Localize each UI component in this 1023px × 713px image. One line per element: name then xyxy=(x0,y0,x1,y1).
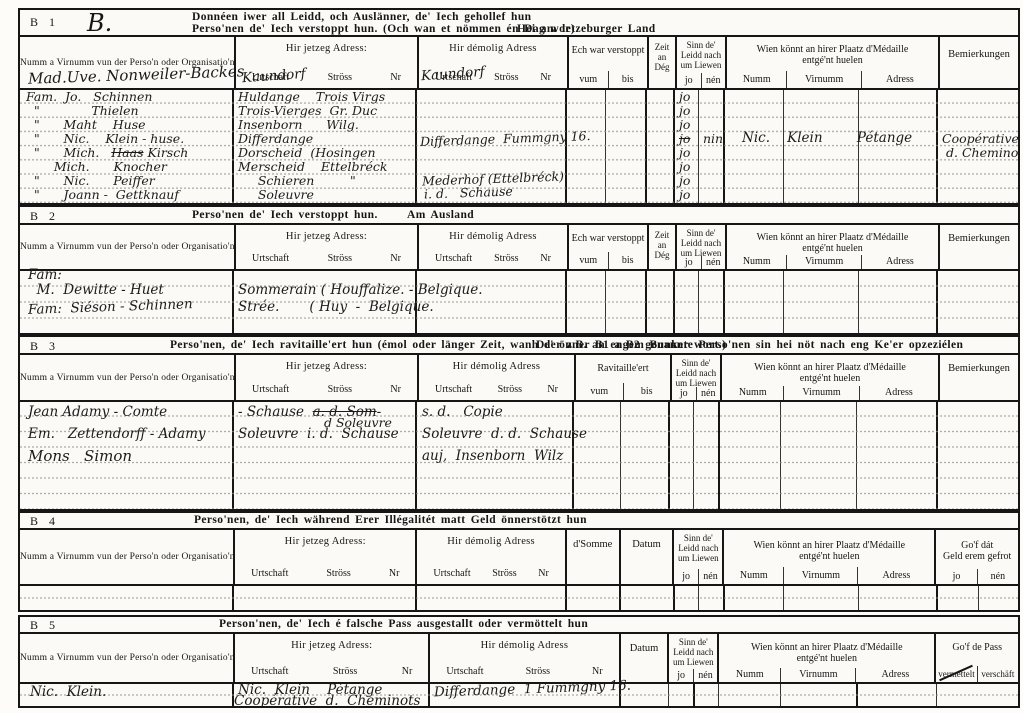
b5-title-row: B 5 Person'nen, de' Iech é falsche Pass … xyxy=(20,617,1018,634)
col-header-zeit: Zeit an Dég xyxy=(647,225,675,269)
stross-label: Ströss xyxy=(498,384,522,395)
col-header-name: Numm a Virnumm vun der Perso'n oder Orga… xyxy=(20,634,233,682)
jo-mark: jo xyxy=(679,104,690,117)
col-header-name: Numm a Virnumm vun der Perso'n oder Orga… xyxy=(20,225,234,269)
handwritten-address: Differdange xyxy=(238,132,313,145)
jetzeg-header-label: Hir jetzeg Adress: xyxy=(236,225,417,242)
numm-label: Numm xyxy=(722,386,783,400)
medaille-label: Wien könnt an hirer Plaatz d'Médaille xyxy=(727,37,938,55)
col-header-ravitailleert: Ravitaille'ert vum bis xyxy=(574,355,670,400)
col-header-jetzeg: Hir jetzeg Adress: Urtschaft Ströss Nr xyxy=(234,355,417,400)
handwritten-address: Coopérative d. Cheminots xyxy=(234,695,420,708)
sinn-label: Leidd nach xyxy=(677,50,725,60)
stross-label: Ströss xyxy=(494,253,518,264)
handwritten-name: Fam: xyxy=(28,269,62,282)
ravitailleert-label: Ravitaille'ert xyxy=(576,355,670,374)
nr-label: Nr xyxy=(547,384,558,395)
section-b1: B 1 B. Donnéen iwer all Leidd, och Auslä… xyxy=(18,8,1020,205)
b3-label: B 3 xyxy=(20,337,59,354)
jo-nen-subheaders: jo nén xyxy=(677,73,725,88)
name-part: " Mich. xyxy=(26,145,111,160)
jo-nen-subheaders: jo nén xyxy=(674,569,722,584)
verschaft-label: verschäft xyxy=(977,666,1018,682)
bemierkungen-label: Bemierkungen xyxy=(940,225,1018,244)
vum-label: vum xyxy=(569,71,608,88)
jo-nen-subheaders: jo nén xyxy=(677,256,725,269)
b1-header-row: Numm a Virnumm vun der Perso'n oder Orga… xyxy=(20,37,1018,90)
col-header-demolig: Hir démolig Adress Urtschaft Ströss Nr xyxy=(415,530,564,584)
nr-label: Nr xyxy=(389,568,400,579)
b1-body: Fam. Jo. Schinnen " Thielen " Maht Huse … xyxy=(20,90,1018,204)
col-header-medaille: Wien könnt an hirer Plaatz d'Médaille en… xyxy=(717,634,934,682)
address-subheaders: Urtschaft Ströss Nr xyxy=(235,666,428,677)
handwritten-address: Differdange Fummgny 16. xyxy=(420,129,591,148)
b5-label: B 5 xyxy=(20,617,59,633)
handwritten-address: Strée. ( Huy - Belgique. xyxy=(238,301,434,314)
b5-header-row: Numm a Virnumm vun der Perso'n oder Orga… xyxy=(20,634,1018,684)
name-header-label: Numm a Virnumm vun der Perso'n oder Orga… xyxy=(20,653,233,663)
gof-label: Go'f dát xyxy=(936,530,1018,551)
demolig-header-label: Hir démolig Adress xyxy=(419,37,567,54)
pass-subheaders: vermettelt verschäft xyxy=(936,666,1018,682)
nr-label: Nr xyxy=(538,568,549,579)
handwritten-medaille: Nic. Klein Pétange xyxy=(742,132,912,145)
b5-body: Nic. Klein. Nic. Klein Pétange Coopérati… xyxy=(20,684,1018,708)
jo-label: jo xyxy=(672,387,696,400)
bemierkungen-label: Bemierkungen xyxy=(940,355,1018,374)
address-subheaders: Urtschaft Ströss Nr xyxy=(235,568,415,579)
verstoppt-label: Ech war verstoppt xyxy=(569,37,647,56)
demolig-header-label: Hir démolig Adress xyxy=(419,225,567,242)
b2-body: Fam: M. Dewitte - Huet Fam: Siéson - Sch… xyxy=(20,271,1018,335)
col-header-sinn: Sinn de' Leidd nach um Liewen jo nén xyxy=(672,530,722,584)
nin-mark: nin xyxy=(703,132,723,145)
address-subheaders: Urtschaft Ströss Nr xyxy=(417,568,564,579)
col-header-sinn: Sinn de' Leidd nach um Liewen jo nén xyxy=(670,355,720,400)
handwritten-name: Mich. Knocher xyxy=(26,160,167,173)
bis-label: bis xyxy=(608,252,648,269)
b2-title: Perso'nen de' Iech verstoppt hun. xyxy=(192,209,378,222)
medaille-label: entgé'nt huelen xyxy=(727,55,938,66)
medaille-label: entgé'nt huelen xyxy=(727,243,938,254)
handwritten-name: " Joann - Gettknauf xyxy=(26,188,179,201)
vum-bis-subheaders: vum bis xyxy=(576,383,670,400)
col-header-name: Numm a Virnumm vun der Perso'n oder Orga… xyxy=(20,530,233,584)
numm-label: Numm xyxy=(727,255,786,269)
demolig-header-label: Hir démolig Adress xyxy=(430,634,618,651)
bemierkungen-label: Bemierkungen xyxy=(940,37,1018,60)
b5-title: Person'nen, de' Iech é falsche Pass ausg… xyxy=(219,618,588,631)
name-header-label: Numm a Virnumm vun der Perso'n oder Orga… xyxy=(20,242,234,252)
jo-nen-subheaders: jo nén xyxy=(672,387,720,400)
sinn-label: Leidd nach xyxy=(669,647,717,657)
b3-header-row: Numm a Virnumm vun der Perso'n oder Orga… xyxy=(20,355,1018,402)
jo-mark: jo xyxy=(679,90,690,103)
medaille-subheaders: Numm Virnumm Adress xyxy=(722,386,938,400)
sinn-label: Sinn de' xyxy=(669,634,717,647)
sinn-label: Sinn de' xyxy=(677,225,725,238)
urtschaft-label: Urtschaft xyxy=(446,666,483,677)
b3-title-row: B 3 Perso'nen, de' Iech ravitaille'ert h… xyxy=(20,337,1018,355)
b1-title-right: Hei am letzeburger Land xyxy=(517,23,656,36)
b4-header-row: Numm a Virnumm vun der Perso'n oder Orga… xyxy=(20,530,1018,586)
handwritten-address: Trois-Vierges Gr. Duc xyxy=(238,104,377,117)
address-subheaders: Urtschaft Ströss Nr xyxy=(419,384,574,395)
handwritten-address: Huldange Trois Virgs xyxy=(238,90,385,103)
nr-label: Nr xyxy=(592,666,603,677)
col-header-jetzeg: Hir jetzeg Adress: Urtschaft Ströss Nr xyxy=(233,530,415,584)
b3-body: Jean Adamy - Comte Em. Zettendorff - Ada… xyxy=(20,402,1018,511)
vum-label: vum xyxy=(569,252,608,269)
handwritten-name: M. Dewitte - Huet xyxy=(28,284,164,297)
jo-mark: jo xyxy=(679,146,690,159)
medaille-label: Wien könnt an hirer Plaatz d'Médaille xyxy=(719,634,934,653)
jetzeg-header-label: Hir jetzeg Adress: xyxy=(235,530,415,547)
sinn-label: um Liewen xyxy=(669,657,717,667)
handwritten-address: auj, Insenborn Wilz xyxy=(422,450,563,463)
sinn-label: Sinn de' xyxy=(677,37,725,50)
sinn-label: Sinn de' xyxy=(672,355,720,368)
somme-label: d'Somme xyxy=(567,539,619,550)
adress-label: Adress xyxy=(859,386,938,400)
address-part: - Schause xyxy=(238,404,313,420)
medaille-label: Wien könnt an hirer Plaatz d'Médaille xyxy=(722,355,938,373)
virnumm-label: Virnumm xyxy=(786,255,860,269)
urtschaft-label: Urtschaft xyxy=(252,253,289,264)
urtschaft-label: Urtschaft xyxy=(435,384,472,395)
col-header-sinn: Sinn de' Leidd nach um Liewen jo nén xyxy=(667,634,717,682)
address-subheaders: Urtschaft Ströss Nr xyxy=(236,253,417,264)
b4-body xyxy=(20,586,1018,612)
datum-label: Datum xyxy=(621,539,673,550)
b4-label: B 4 xyxy=(20,513,59,529)
nr-label: Nr xyxy=(390,384,401,395)
stross-label: Ströss xyxy=(494,72,518,83)
handwritten-name: Fam: Siéson - Schinnen xyxy=(28,298,193,317)
col-header-somme: d'Somme xyxy=(565,530,619,584)
handwritten-address: s. d. Copie xyxy=(422,406,503,419)
handwritten-name: Jean Adamy - Comte xyxy=(28,406,167,419)
col-header-datum: Datum xyxy=(619,634,668,682)
jo-label: jo xyxy=(677,256,701,269)
demolig-header-label: Hir démolig Adress xyxy=(419,355,574,372)
scanned-form-page: B 1 B. Donnéen iwer all Leidd, och Auslä… xyxy=(0,0,1023,713)
jetzeg-header-label: Hir jetzeg Adress: xyxy=(235,634,428,651)
vum-bis-subheaders: vum bis xyxy=(569,252,647,269)
handwritten-address: Soleuvre d. d. Schause xyxy=(422,428,587,441)
stross-label: Ströss xyxy=(526,666,550,677)
col-header-medaille: Wien könnt an hirer Plaatz d'Médaille en… xyxy=(722,530,934,584)
zeit-label: Dég xyxy=(649,250,675,260)
jetzeg-header-label: Hir jetzeg Adress: xyxy=(236,37,417,54)
address-subheaders: Urtschaft Ströss Nr xyxy=(419,253,567,264)
medaille-label: Wien könnt an hirer Plaatz d'Médaille xyxy=(727,225,938,243)
col-header-name: Numm a Virnumm vun der Perso'n oder Orga… xyxy=(20,37,234,88)
nen-label: nén xyxy=(698,569,722,584)
medaille-subheaders: Numm Virnumm Adress xyxy=(727,255,938,269)
col-header-medaille: Wien könnt an hirer Plaatz d'Médaille en… xyxy=(725,37,938,88)
col-header-bemierkungen: Bemierkungen xyxy=(938,355,1018,400)
urtschaft-label: Urtschaft xyxy=(251,666,288,677)
jo-label: jo xyxy=(936,569,976,584)
b3-title-line2: De' önner B1 a B2 genannte Perso'nen sin… xyxy=(536,339,963,352)
section-b5: B 5 Person'nen, de' Iech é falsche Pass … xyxy=(18,615,1020,708)
zeit-label: Dég xyxy=(649,62,675,72)
b1-title-row: B 1 B. Donnéen iwer all Leidd, och Auslä… xyxy=(20,10,1018,37)
handwritten-address: Dorscheid (Hosingen xyxy=(238,146,376,159)
nr-label: Nr xyxy=(390,253,401,264)
vum-bis-subheaders: vum bis xyxy=(569,71,647,88)
col-header-sinn: Sinn de' Leidd nach um Liewen jo nén xyxy=(675,37,725,88)
urtschaft-label: Urtschaft xyxy=(435,253,472,264)
nen-label: nén xyxy=(701,73,726,88)
col-header-medaille: Wien könnt an hirer Plaatz d'Médaille en… xyxy=(720,355,938,400)
col-header-name: Numm a Virnumm vun der Perso'n oder Orga… xyxy=(20,355,234,400)
name-header-label: Numm a Virnumm vun der Perso'n oder Orga… xyxy=(20,552,233,562)
name-struck: Haas xyxy=(111,145,143,160)
jo-nen-subheaders: jo nén xyxy=(669,669,717,682)
sinn-label: um Liewen xyxy=(674,553,722,563)
b2-title-right: Am Ausland xyxy=(407,209,474,222)
address-subheaders: Urtschaft Ströss Nr xyxy=(430,666,618,677)
zeit-label: Zeit xyxy=(649,225,675,240)
numm-label: Numm xyxy=(727,71,786,88)
col-header-datum: Datum xyxy=(619,530,673,584)
name-part: Kirsch xyxy=(144,145,189,160)
sinn-label: Leidd nach xyxy=(677,238,725,248)
handwritten-address: Differdange 1 Fummgny 16. xyxy=(434,680,631,700)
virnumm-label: Virnumm xyxy=(783,386,858,400)
medaille-subheaders: Numm Virnumm Adress xyxy=(719,668,934,682)
jo-label: jo xyxy=(669,669,692,682)
handwritten-address: Sommerain ( Houffalize. - Belgique. xyxy=(238,284,483,297)
col-header-demolig: Hir démolig Adress Urtschaft Ströss Nr xyxy=(428,634,618,682)
name-header-label: Numm a Virnumm vun der Perso'n oder Orga… xyxy=(20,373,234,383)
verstoppt-label: Ech war verstoppt xyxy=(569,225,647,244)
col-header-zeit: Zeit an Dég xyxy=(647,37,675,88)
jo-mark: jo xyxy=(679,118,690,131)
handwritten-address: i. d. Schause xyxy=(424,184,513,200)
medaille-subheaders: Numm Virnumm Adress xyxy=(724,567,934,584)
urtschaft-label: Urtschaft xyxy=(252,384,289,395)
jetzeg-header-label: Hir jetzeg Adress: xyxy=(236,355,417,372)
jo-mark: jo xyxy=(679,188,690,201)
nen-label: nén xyxy=(696,387,721,400)
b1-title-line1: Donnéen iwer all Leidd, och Auslänner, d… xyxy=(192,11,531,24)
handwritten-name: Mons Simon xyxy=(28,450,132,463)
bis-label: bis xyxy=(608,71,648,88)
medaille-label: entgé'nt huelen xyxy=(724,551,934,562)
medaille-label: entgé'nt huelen xyxy=(722,373,938,384)
handwritten-name: Em. Zettendorff - Adamy xyxy=(28,428,206,441)
handwritten-remark: d. Cheminots. xyxy=(946,146,1020,159)
b4-title-row: B 4 Perso'nen, de' Iech während Erer Ill… xyxy=(20,513,1018,530)
adress-label: Adress xyxy=(857,567,934,584)
address-subheaders: Urtschaft Ströss Nr xyxy=(236,384,417,395)
vum-label: vum xyxy=(576,383,623,400)
section-b3: B 3 Perso'nen, de' Iech ravitaille'ert h… xyxy=(18,335,1020,511)
gof-jo-nen-subheaders: jo nén xyxy=(936,569,1018,584)
handwritten-name: Fam. Jo. Schinnen xyxy=(26,90,152,103)
handwritten-address: Soleuvre i. d. Schause xyxy=(238,428,399,441)
stross-label: Ströss xyxy=(328,72,352,83)
col-header-sinn: Sinn de' Leidd nach um Liewen jo nén xyxy=(675,225,725,269)
handwritten-address: Insenborn Wilg. xyxy=(238,118,359,131)
medaille-label: entgé'nt huelen xyxy=(719,653,934,664)
urtschaft-label: Urtschaft xyxy=(433,568,470,579)
b1-big-letter: B. xyxy=(87,11,112,35)
zeit-label: an xyxy=(649,52,675,62)
vermettelt-label: vermettelt xyxy=(936,666,976,682)
col-header-demolig: Hir démolig Adress Urtschaft Ströss Nr xyxy=(417,225,567,269)
handwritten-name: " Mich. Haas Kirsch xyxy=(26,146,188,159)
b2-header-row: Numm a Virnumm vun der Perso'n oder Orga… xyxy=(20,225,1018,271)
section-b4: B 4 Perso'nen, de' Iech während Erer Ill… xyxy=(18,511,1020,612)
gof-label: Geld erem gefrot xyxy=(936,551,1018,562)
medaille-subheaders: Numm Virnumm Adress xyxy=(727,71,938,88)
stross-label: Ströss xyxy=(326,568,350,579)
medaille-label: Wien könnt an hirer Plaatz d'Médaille xyxy=(724,530,934,551)
col-header-jetzeg: Hir jetzeg Adress: Urtschaft Ströss Nr xyxy=(234,225,417,269)
sinn-label: Leidd nach xyxy=(674,543,722,553)
handwritten-name: " Maht Huse xyxy=(26,118,146,131)
zeit-label: an xyxy=(649,240,675,250)
handwritten-address: Soleuvre xyxy=(238,188,314,201)
jo-label: jo xyxy=(677,73,701,88)
handwritten-address: Schieren " xyxy=(238,174,356,187)
sinn-label: um Liewen xyxy=(677,60,725,70)
col-header-verstoppt: Ech war verstoppt vum bis xyxy=(567,37,647,88)
stross-label: Ströss xyxy=(328,384,352,395)
nr-label: Nr xyxy=(402,666,413,677)
datum-label: Datum xyxy=(621,643,668,654)
nr-label: Nr xyxy=(390,72,401,83)
adress-label: Adress xyxy=(855,668,934,682)
urtschaft-label: Urtschaft xyxy=(251,568,288,579)
col-header-bemierkungen: Bemierkungen xyxy=(938,225,1018,269)
demolig-header-label: Hir démolig Adress xyxy=(417,530,564,547)
b2-label: B 2 xyxy=(20,207,59,224)
gof-pass-label: Go'f de Pass xyxy=(936,634,1018,653)
jo-mark: jo xyxy=(679,174,690,187)
col-header-jetzeg: Hir jetzeg Adress: Urtschaft Ströss Nr K… xyxy=(234,37,417,88)
nr-label: Nr xyxy=(540,72,551,83)
virnumm-label: Virnumm xyxy=(783,567,857,584)
nen-label: nén xyxy=(977,569,1018,584)
col-header-medaille: Wien könnt an hirer Plaatz d'Médaille en… xyxy=(725,225,938,269)
handwritten-name: " Thielen xyxy=(26,104,139,117)
handwritten-name: " Nic. Peiffer xyxy=(26,174,155,187)
stross-label: Ströss xyxy=(328,253,352,264)
section-b2: B 2 Perso'nen de' Iech verstoppt hun. Am… xyxy=(18,205,1020,335)
col-header-gof-pass: Go'f de Pass vermettelt verschäft xyxy=(934,634,1018,682)
virnumm-label: Virnumm xyxy=(780,668,855,682)
sinn-label: Leidd nach xyxy=(672,368,720,378)
handwritten-remark: Coopérative xyxy=(942,132,1019,145)
handwritten-address: Merscheid Ettelbréck xyxy=(238,160,387,173)
sinn-label: Sinn de' xyxy=(674,530,722,543)
nen-label: nén xyxy=(693,669,717,682)
col-header-jetzeg: Hir jetzeg Adress: Urtschaft Ströss Nr xyxy=(233,634,428,682)
virnumm-label: Virnumm xyxy=(786,71,860,88)
col-header-bemierkungen: Bemierkungen xyxy=(938,37,1018,88)
adress-label: Adress xyxy=(861,71,938,88)
jo-mark-struck: jo xyxy=(679,132,690,145)
col-header-verstoppt: Ech war verstoppt vum bis xyxy=(567,225,647,269)
handwritten-name: " Nic. Klein - huse. xyxy=(26,132,184,145)
adress-label: Adress xyxy=(861,255,938,269)
b2-title-row: B 2 Perso'nen de' Iech verstoppt hun. Am… xyxy=(20,207,1018,225)
jo-mark: jo xyxy=(679,160,690,173)
handwritten-name: Nic. Klein. xyxy=(30,686,106,699)
col-header-demolig: Hir démolig Adress Urtschaft Ströss Nr xyxy=(417,355,574,400)
b4-title: Perso'nen, de' Iech während Erer Illégal… xyxy=(194,514,587,527)
handwritten-entry: Mad.Uve. Nonweiler-Backes xyxy=(28,65,245,86)
col-header-gof-geld: Go'f dát Geld erem gefrot jo nén xyxy=(934,530,1018,584)
stross-label: Ströss xyxy=(492,568,516,579)
bis-label: bis xyxy=(623,383,671,400)
b1-label: B 1 xyxy=(20,10,59,30)
jo-label: jo xyxy=(674,569,697,584)
nen-label: nén xyxy=(701,256,726,269)
nr-label: Nr xyxy=(540,253,551,264)
numm-label: Numm xyxy=(719,668,780,682)
numm-label: Numm xyxy=(724,567,783,584)
zeit-label: Zeit xyxy=(649,37,675,52)
col-header-demolig: Hir démolig Adress Urtschaft Ströss Nr K… xyxy=(417,37,567,88)
stross-label: Ströss xyxy=(333,666,357,677)
